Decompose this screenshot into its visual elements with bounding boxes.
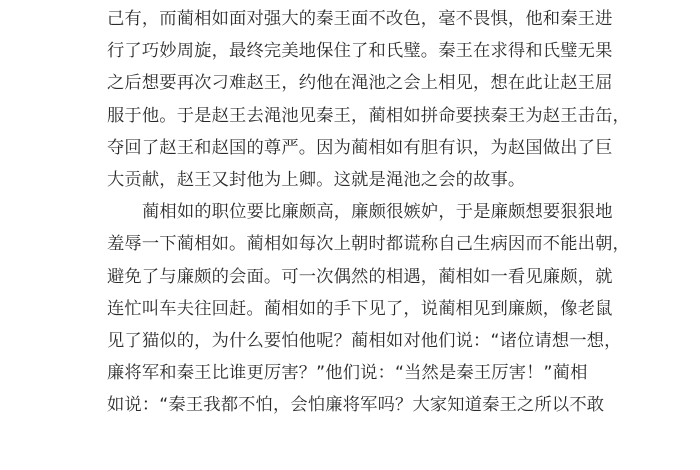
text-line: 见了猫似的，为什么要怕他呢？蔺相如对他们说：“诸位请想一想， xyxy=(107,325,587,357)
text-line: 大贡献，赵王又封他为上卿。这就是渑池之会的故事。 xyxy=(107,164,587,196)
text-line: 避免了与廉颇的会面。可一次偶然的相遇，蔺相如一看见廉颇，就 xyxy=(107,261,587,293)
paragraph-1: 己有，而蔺相如面对强大的秦王面不改色，毫不畏惧，他和秦王进 行了巧妙周旋，最终完… xyxy=(107,3,587,196)
text-line: 蔺相如的职位要比廉颇高，廉颇很嫉妒，于是廉颇想要狠狠地 xyxy=(107,196,587,228)
text-line: 如说：“秦王我都不怕，会怕廉将军吗？大家知道秦王之所以不敢 xyxy=(107,389,587,421)
text-line: 之后想要再次刁难赵王，约他在渑池之会上相见，想在此让赵王屈 xyxy=(107,67,587,99)
text-line: 羞辱一下蔺相如。蔺相如每次上朝时都谎称自己生病因而不能出朝， xyxy=(107,228,587,260)
text-line: 廉将军和秦王比谁更厉害？”他们说：“当然是秦王厉害！”蔺相 xyxy=(107,357,587,389)
text-line: 己有，而蔺相如面对强大的秦王面不改色，毫不畏惧，他和秦王进 xyxy=(107,3,587,35)
text-line: 连忙叫车夫往回赶。蔺相如的手下见了，说蔺相见到廉颇，像老鼠 xyxy=(107,293,587,325)
text-line: 行了巧妙周旋，最终完美地保住了和氏璧。秦王在求得和氏璧无果 xyxy=(107,35,587,67)
text-line: 夺回了赵王和赵国的尊严。因为蔺相如有胆有识，为赵国做出了巨 xyxy=(107,132,587,164)
text-line: 服于他。于是赵王去渑池见秦王，蔺相如拼命要挟秦王为赵王击缶， xyxy=(107,100,587,132)
paragraph-2: 蔺相如的职位要比廉颇高，廉颇很嫉妒，于是廉颇想要狠狠地 羞辱一下蔺相如。蔺相如每… xyxy=(107,196,587,421)
document-page: 己有，而蔺相如面对强大的秦王面不改色，毫不畏惧，他和秦王进 行了巧妙周旋，最终完… xyxy=(107,3,587,421)
